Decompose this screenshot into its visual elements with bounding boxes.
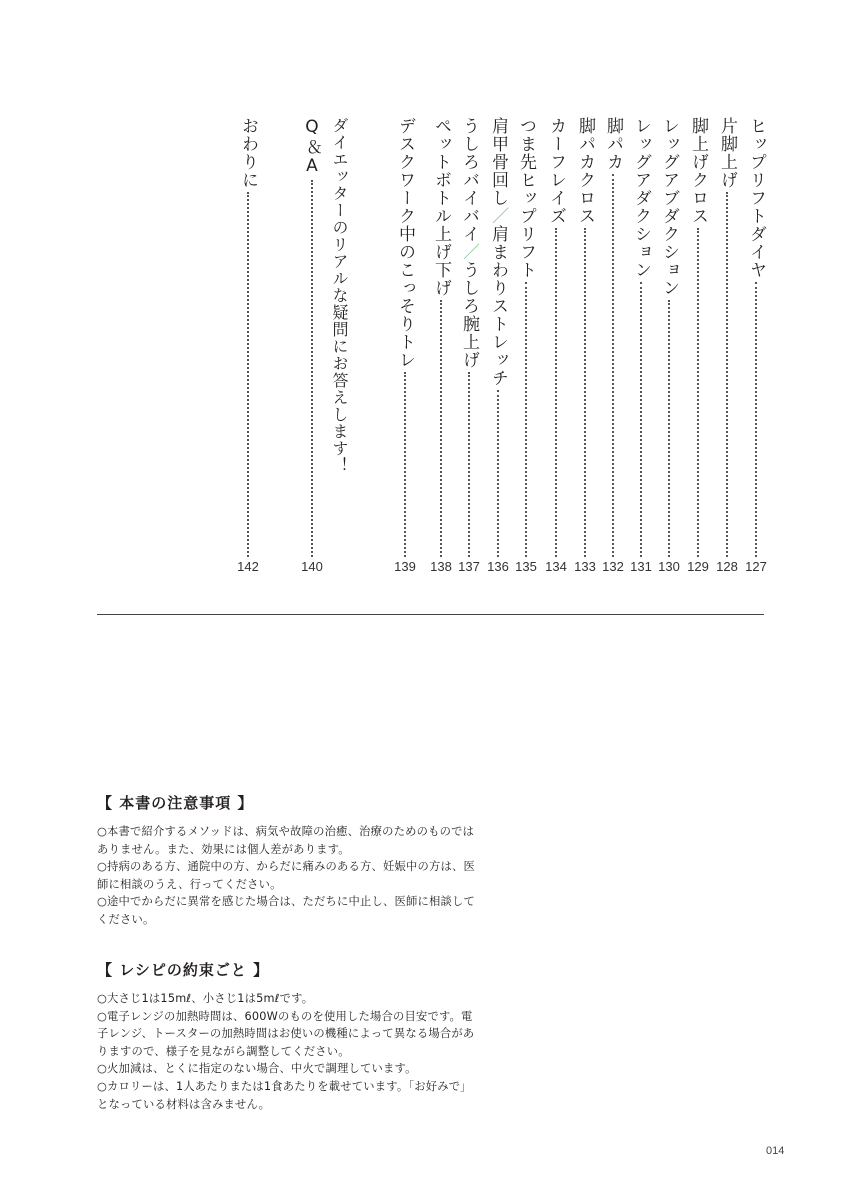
dot-leader <box>584 228 586 557</box>
recipe-notes: 【 レシピの約束ごと 】 ○大さじ1は15mℓ、小さじ1は5mℓです。 ○電子レ… <box>97 959 477 1113</box>
toc-entry-title-part-b: うしろ腕上げ <box>459 261 479 369</box>
toc-entry-page: 138 <box>421 559 461 574</box>
toc-entry[interactable]: ペットボトル上げ下げ <box>430 117 452 557</box>
toc-entry-title: カーフレイズ <box>545 117 567 225</box>
toc-entry-title: 片脚上げ <box>716 117 738 189</box>
toc-entry-title: ヒップリフトダイヤ <box>745 117 767 279</box>
caution-heading: 【 本書の注意事項 】 <box>97 792 477 813</box>
toc-entry-title: デスクワーク中のこっそりトレ <box>394 117 416 369</box>
toc-entry-title-part-b: 肩まわりストレッチ <box>488 225 508 387</box>
toc-entry[interactable]: Q＆A <box>301 117 323 557</box>
toc-entry-title: おわりに <box>237 117 259 189</box>
toc-entry-subtitle: ダイエッターのリアルな疑問にお答えします！ <box>328 117 350 474</box>
toc-entry-title-part-a: うしろバイバイ <box>459 117 479 243</box>
toc-entry[interactable]: ヒップリフトダイヤ <box>745 117 767 557</box>
toc-entry-subtitle-col: ダイエッターのリアルな疑問にお答えします！ <box>328 117 350 477</box>
dot-leader <box>468 372 470 557</box>
dot-leader <box>311 180 313 557</box>
toc-entry-title-part-a: 肩甲骨回し <box>488 117 508 207</box>
toc-entry[interactable]: デスクワーク中のこっそりトレ <box>394 117 416 557</box>
toc-entry-title: 脚パカ <box>602 117 624 171</box>
dot-leader <box>640 282 642 557</box>
dot-leader <box>755 282 757 557</box>
toc-entry-title: Q＆A <box>301 117 323 177</box>
toc-entry-title: ペットボトル上げ下げ <box>430 117 452 297</box>
dot-leader <box>726 192 728 557</box>
caution-item: ○本書で紹介するメソッドは、病気や故障の治癒、治療のためのものではありません。ま… <box>97 823 477 858</box>
toc-entry[interactable]: 片脚上げ <box>716 117 738 557</box>
page-number: 014 <box>766 1145 784 1157</box>
caution-item: ○途中でからだに異常を感じた場合は、ただちに中止し、医師に相談してください。 <box>97 893 477 928</box>
toc-entry[interactable]: 脚上げクロス <box>687 117 709 557</box>
toc-entry-title: うしろバイバイ／うしろ腕上げ <box>458 117 480 369</box>
dot-leader <box>404 372 406 557</box>
slash-separator: ／ <box>459 243 479 261</box>
toc-entry[interactable]: レッグアブダクション <box>658 117 680 557</box>
toc-entry-page: 140 <box>292 559 332 574</box>
toc-entry-title: 脚上げクロス <box>687 117 709 225</box>
toc-entry[interactable]: 脚パカ <box>602 117 624 557</box>
toc-entry-title: つま先ヒップリフト <box>515 117 537 279</box>
caution-item: ○持病のある方、通院中の方、からだに痛みのある方、妊娠中の方は、医師に相談のうえ… <box>97 858 477 893</box>
toc-entry-title: 肩甲骨回し／肩まわりストレッチ <box>487 117 509 387</box>
caution-notes: 【 本書の注意事項 】 ○本書で紹介するメソッドは、病気や故障の治癒、治療のため… <box>97 792 477 929</box>
toc-entry[interactable]: つま先ヒップリフト <box>515 117 537 557</box>
recipe-item: ○カロリーは、1人あたりまたは1食あたりを載せています。「お好みで」となっている… <box>97 1078 477 1113</box>
section-divider <box>97 614 764 615</box>
recipe-item: ○電子レンジの加熱時間は、600Wのものを使用した場合の目安です。電子レンジ、ト… <box>97 1008 477 1061</box>
toc-entry-title: レッグアブダクション <box>658 117 680 297</box>
toc-entry[interactable]: 肩甲骨回し／肩まわりストレッチ <box>487 117 509 557</box>
toc-entry-title: 脚パカクロス <box>574 117 596 225</box>
slash-separator: ／ <box>488 207 508 225</box>
dot-leader <box>612 174 614 557</box>
toc-entry-title: レッグアダクション <box>630 117 652 279</box>
dot-leader <box>440 300 442 557</box>
dot-leader <box>555 228 557 557</box>
toc-entry-page: 139 <box>385 559 425 574</box>
toc-entry[interactable]: レッグアダクション <box>630 117 652 557</box>
dot-leader <box>697 228 699 557</box>
toc-entry-page: 142 <box>228 559 268 574</box>
recipe-item: ○大さじ1は15mℓ、小さじ1は5mℓです。 <box>97 990 477 1008</box>
dot-leader <box>497 390 499 557</box>
toc-entry[interactable]: おわりに <box>237 117 259 557</box>
dot-leader <box>247 192 249 557</box>
table-of-contents: ヒップリフトダイヤ 127 片脚上げ 128 脚上げクロス 129 レッグアブダ… <box>0 0 845 600</box>
dot-leader <box>525 282 527 557</box>
toc-entry[interactable]: 脚パカクロス <box>574 117 596 557</box>
recipe-item: ○火加減は、とくに指定のない場合、中火で調理しています。 <box>97 1060 477 1078</box>
dot-leader <box>668 300 670 557</box>
toc-entry[interactable]: うしろバイバイ／うしろ腕上げ <box>458 117 480 557</box>
recipe-heading: 【 レシピの約束ごと 】 <box>97 959 477 980</box>
toc-entry[interactable]: カーフレイズ <box>545 117 567 557</box>
